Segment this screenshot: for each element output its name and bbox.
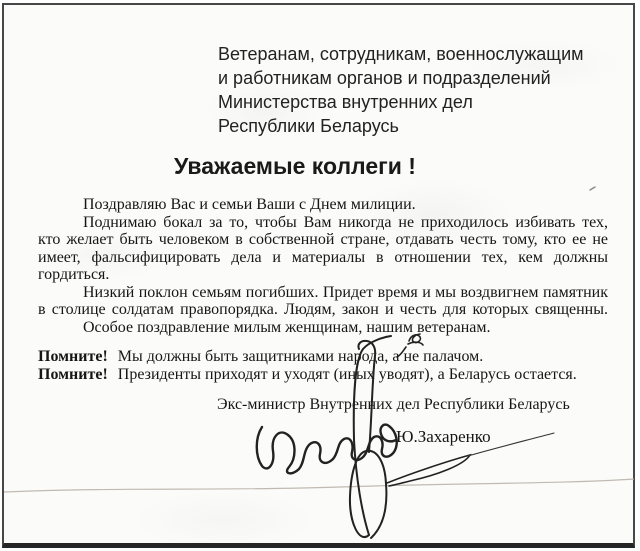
reminder-label: Помните! <box>38 348 108 365</box>
body-line: Поздравляю Вас и семьи Ваши с Днем милиц… <box>38 196 608 214</box>
recipient-line: Республики Беларусь <box>218 114 590 138</box>
signoff-title: Экс-министр Внутренних дел Республики Бе… <box>217 395 570 414</box>
body-line: в столице солдатам правопорядка. Людям, … <box>38 301 608 319</box>
reminder-text: Президенты приходят и уходят (иных уводя… <box>118 366 577 383</box>
salutation-title: Уважаемые коллеги ! <box>174 152 416 180</box>
scanned-letter-page: Ветеранам, сотрудникам, военнослужащим и… <box>0 0 640 551</box>
body-line: кто желает быть человеком в собственной … <box>38 231 608 249</box>
body-line: Низкий поклон семьям погибших. Придет вр… <box>38 284 608 302</box>
body-line: Поднимаю бокал за то, чтобы Вам никогда … <box>38 214 608 232</box>
reminder-line: Помните!Президенты приходят и уходят (ин… <box>38 366 608 384</box>
signer-name: Ю.Захаренко <box>396 427 491 447</box>
letter-body: Поздравляю Вас и семьи Ваши с Днем милиц… <box>38 196 608 336</box>
reminder-label: Помните! <box>38 366 108 383</box>
body-line: гордиться. <box>38 266 608 284</box>
body-line: Особое поздравление милым женщинам, наши… <box>38 319 608 337</box>
reminder-text: Мы должны быть защитниками народа, а не … <box>118 348 484 365</box>
recipient-line: Министерства внутренних дел <box>218 90 590 114</box>
recipient-line: и работникам органов и подразделений <box>218 66 590 90</box>
recipient-line: Ветеранам, сотрудникам, военнослужащим <box>218 42 590 66</box>
reminder-block: Помните!Мы должны быть защитниками народ… <box>38 348 608 383</box>
reminder-line: Помните!Мы должны быть защитниками народ… <box>38 348 608 366</box>
body-line: имеет, фальсифицировать дела и материалы… <box>38 249 608 267</box>
recipient-block: Ветеранам, сотрудникам, военнослужащим и… <box>218 42 590 138</box>
